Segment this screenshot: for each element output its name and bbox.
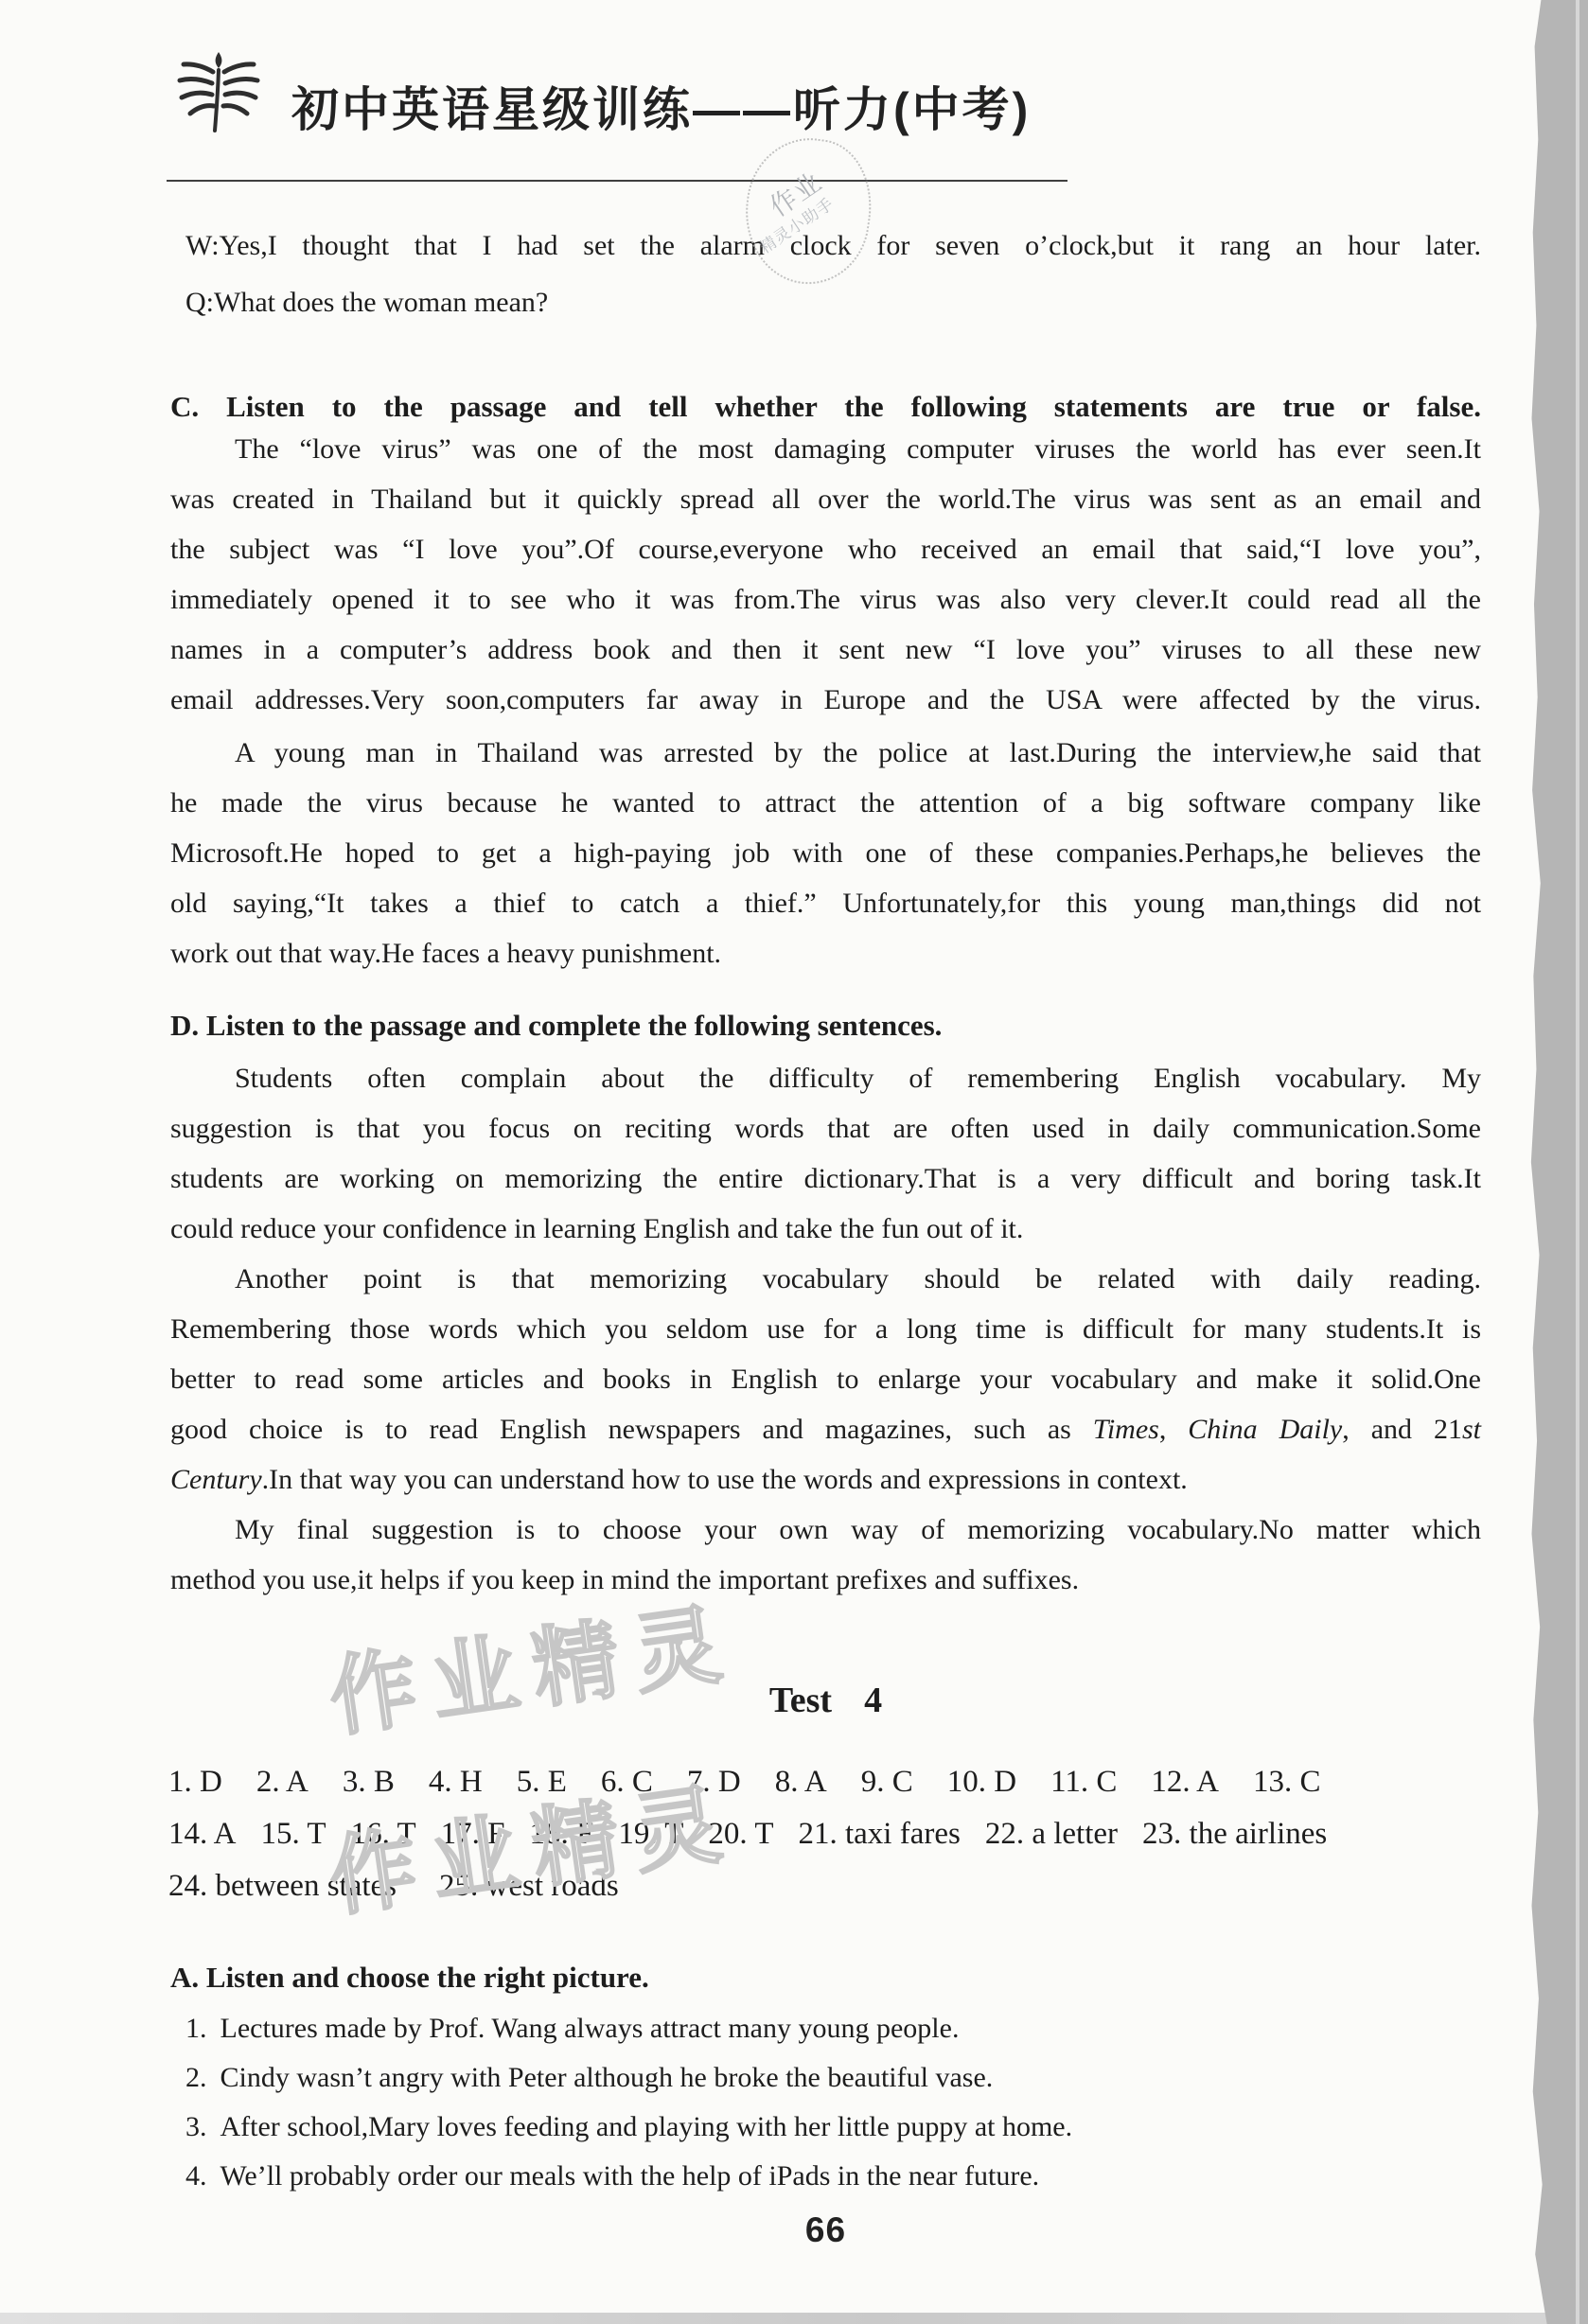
answer-entry: 7. D [687,1765,741,1799]
list-item: 4.We’ll probably order our meals with th… [185,2152,1481,2201]
list-item: 3.After school,Mary loves feeding and pl… [185,2103,1481,2152]
text-line: Students often complain about the diffic… [170,1053,1481,1103]
header-rule [167,180,1067,182]
answer-entry: 23. the airlines [1142,1817,1327,1851]
answer-entry: 19. T [618,1817,683,1851]
section-d-paragraph-3: My final suggestion is to choose your ow… [170,1505,1481,1605]
answer-entry: 22. a letter [985,1817,1118,1851]
answer-entry: 18. F [530,1817,594,1851]
text-line: Microsoft.He hoped to get a high-paying … [170,828,1481,878]
section-d-paragraph-1: Students often complain about the diffic… [170,1053,1481,1254]
section-d-paragraph-2: Another point is that memorizing vocabul… [170,1254,1481,1505]
text-line: W:Yes,I thought that I had set the alarm… [185,218,1481,274]
answer-key: 1. D2. A3. B4. H5. E6. C7. D8. A9. C10. … [168,1756,1484,1912]
section-a-heading: A. Listen and choose the right picture. [170,1957,1481,1998]
text-line: method you use,it helps if you keep in m… [170,1555,1481,1605]
text-line: work out that way.He faces a heavy punis… [170,928,1481,978]
text-line: good choice is to read English newspaper… [170,1404,1481,1454]
text-line: Remembering those words which you seldom… [170,1304,1481,1354]
fern-logo-icon [172,47,265,136]
item-number: 3. [185,2111,207,2142]
answer-entry: 8. A [775,1765,827,1799]
answer-entry: 14. A [168,1817,237,1851]
text-line: better to read some articles and books i… [170,1354,1481,1404]
text-line: names in a computer’s address book and t… [170,625,1481,675]
section-c-paragraph-1: The “love virus” was one of the most dam… [170,424,1481,725]
book-title: 初中英语星级训练——听力(中考) [291,72,1031,140]
answer-entry: 11. C [1050,1765,1117,1799]
text-line: students are working on memorizing the e… [170,1153,1481,1204]
section-d-heading: D. Listen to the passage and complete th… [170,1005,1481,1047]
scanned-book-page: { "header": { "title": "初中英语星级训练——听力(中考)… [0,0,1588,2324]
answer-row: 24. between states25. west roads [168,1860,1484,1912]
answer-row: 1. D2. A3. B4. H5. E6. C7. D8. A9. C10. … [168,1756,1484,1808]
text-line: suggestion is that you focus on reciting… [170,1103,1481,1153]
text-line: email addresses.Very soon,computers far … [170,675,1481,725]
text-line: Another point is that memorizing vocabul… [170,1254,1481,1304]
text-line: could reduce your confidence in learning… [170,1204,1481,1254]
section-c-heading: C. Listen to the passage and tell whethe… [170,386,1481,428]
answer-entry: 3. B [343,1765,395,1799]
answer-entry: 12. A [1151,1765,1219,1799]
answer-entry: 10. D [947,1765,1016,1799]
item-number: 2. [185,2062,207,2093]
answer-entry: 4. H [429,1765,483,1799]
stamp-text: 作业 [761,162,829,225]
text-line: The “love virus” was one of the most dam… [170,424,1481,474]
answer-entry: 25. west roads [439,1869,619,1903]
page-edge-highlight [1576,0,1579,2324]
answer-entry: 21. taxi fares [798,1817,960,1851]
section-a-items: 1.Lectures made by Prof. Wang always att… [185,2004,1481,2201]
list-item: 2.Cindy wasn’t angry with Peter although… [185,2053,1481,2103]
answer-entry: 1. D [168,1765,222,1799]
test-title-word: Test [769,1681,832,1720]
text-line: the subject was “I love you”.Of course,e… [170,524,1481,574]
answer-entry: 16. T [351,1817,416,1851]
answer-entry: 9. C [861,1765,913,1799]
answer-entry: 13. C [1253,1765,1321,1799]
answer-entry: 20. T [708,1817,773,1851]
item-number: 4. [185,2160,207,2192]
text-line: immediately opened it to see who it was … [170,574,1481,625]
text-line: My final suggestion is to choose your ow… [170,1505,1481,1555]
text-line: Q:What does the woman mean? [185,274,1481,331]
text-line: was created in Thailand but it quickly s… [170,474,1481,524]
text-line: A young man in Thailand was arrested by … [170,728,1481,778]
answer-entry: 17. F [441,1817,505,1851]
answer-entry: 5. E [517,1765,567,1799]
answer-entry: 24. between states [168,1869,397,1903]
answer-entry: 6. C [601,1765,653,1799]
text-line: Century.In that way you can understand h… [170,1454,1481,1505]
answer-entry: 15. T [261,1817,326,1851]
list-item: 1.Lectures made by Prof. Wang always att… [185,2004,1481,2053]
item-number: 1. [185,2013,207,2044]
answer-entry: 2. A [256,1765,309,1799]
test-4-title: Test4 [170,1677,1481,1724]
text-line: he made the virus because he wanted to a… [170,778,1481,828]
page-number: 66 [170,2210,1481,2250]
section-c-paragraph-2: A young man in Thailand was arrested by … [170,728,1481,978]
scanned-page-torn-edge [1529,0,1588,2324]
text-line: old saying,“It takes a thief to catch a … [170,878,1481,928]
scanned-page-bottom-edge [0,2313,1588,2324]
test-title-number: 4 [864,1681,882,1720]
dialog-transcript: W:Yes,I thought that I had set the alarm… [185,218,1481,331]
answer-row: 14. A15. T16. T17. F18. F19. T20. T21. t… [168,1808,1484,1860]
